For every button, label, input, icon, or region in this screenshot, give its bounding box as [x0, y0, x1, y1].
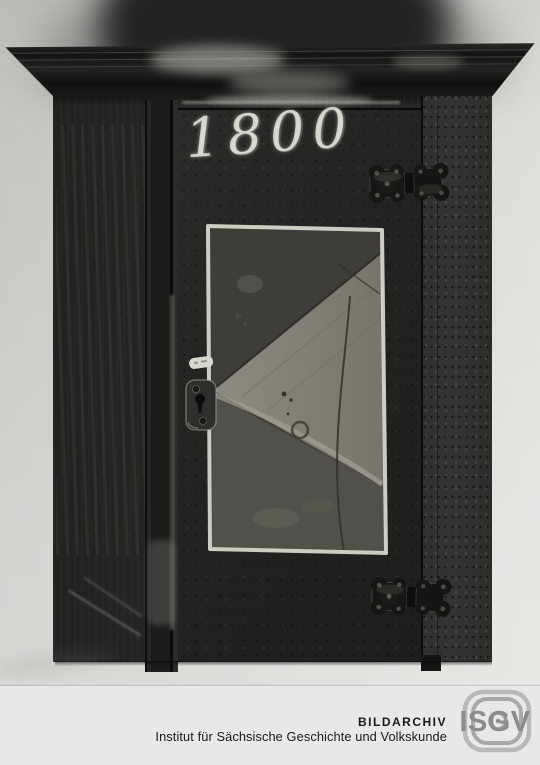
bottom-hinge	[368, 574, 454, 620]
key-label-tag	[188, 355, 213, 369]
painted-date-inscription: 1800	[183, 93, 398, 193]
paint-scuff	[150, 46, 285, 73]
paint-scuff	[228, 72, 350, 94]
cabinet-left-stile-grain	[56, 125, 148, 555]
painted-door-panel	[198, 218, 398, 563]
institute-name: Institut für Sächsische Geschichte und V…	[155, 730, 447, 744]
isgv-logo: ISGV	[453, 689, 537, 761]
keyhole-escutcheon	[176, 352, 220, 442]
photograph: 1800	[0, 0, 540, 686]
archive-label: BILDARCHIV	[155, 715, 447, 729]
stile-paint-scuff	[148, 540, 175, 625]
archive-photo-card: 1800 BILDARCHIV Institut für Sächsische …	[0, 0, 540, 765]
isgv-logo-text: ISGV	[459, 706, 530, 738]
caption-band: BILDARCHIV Institut für Sächsische Gesch…	[0, 686, 540, 765]
paint-scuff	[392, 55, 464, 69]
cabinet-bottom-shadow	[55, 661, 492, 666]
caption: BILDARCHIV Institut für Sächsische Gesch…	[155, 715, 447, 744]
